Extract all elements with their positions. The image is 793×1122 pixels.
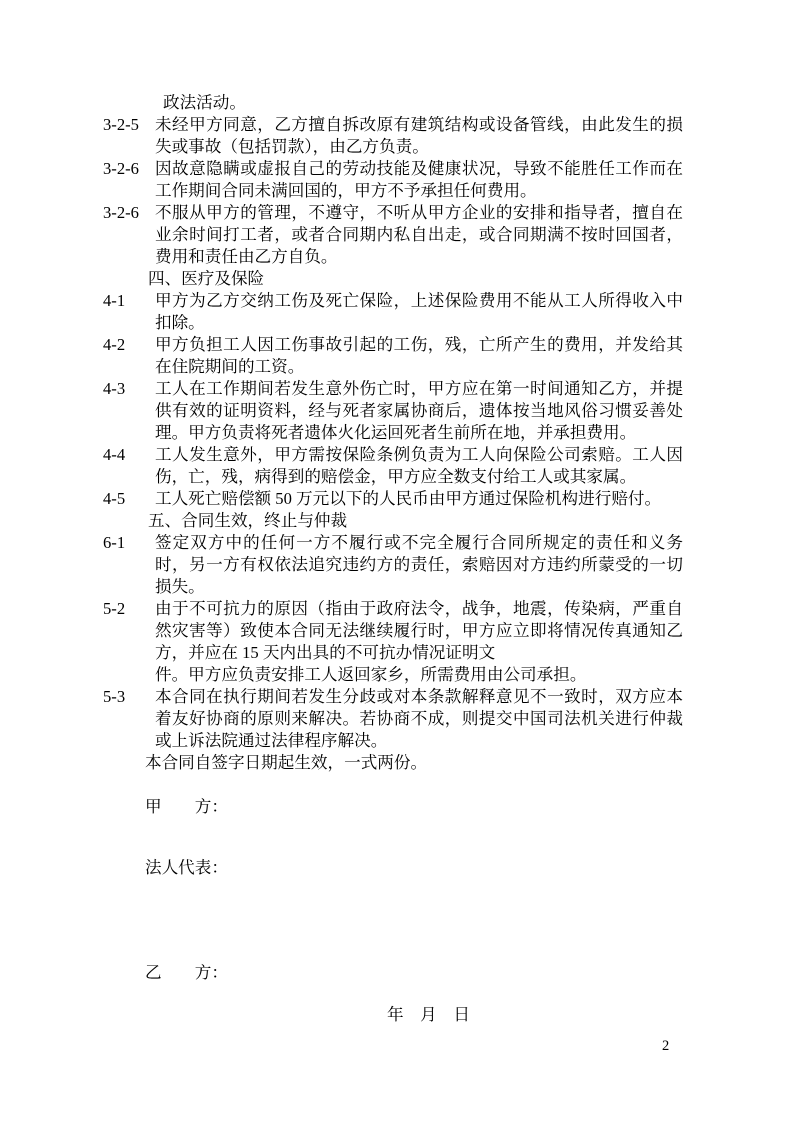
document-body: 政法活动。 3-2-5 未经甲方同意，乙方擅自拆改原有建筑结构或设备管线，由此发…	[103, 92, 683, 1026]
page-number: 2	[662, 1035, 669, 1057]
clause-number: 3-2-5	[103, 114, 155, 136]
signature-legal-rep-label: 法人代表：	[145, 857, 683, 879]
clause-number: 6-1	[103, 532, 155, 554]
signature-party-a-label: 甲 方：	[145, 796, 683, 818]
clause-row: 4-3 工人在工作期间若发生意外伤亡时，甲方应在第一时间通知乙方，并提供有效的证…	[103, 378, 683, 444]
clause-row: 4-5 工人死亡赔偿额 50 万元以下的人民币由甲方通过保险机构进行赔付。	[103, 488, 683, 510]
clause-row: 3-2-6 不服从甲方的管理，不遵守，不听从甲方企业的安排和指导者，擅自在业余时…	[103, 202, 683, 268]
clause-row: 4-2 甲方负担工人因工伤事故引起的工伤，残，亡所产生的费用，并发给其在住院期间…	[103, 334, 683, 378]
signature-date-line: 年 月 日	[387, 1004, 683, 1026]
closing-paragraph: 本合同自签字日期起生效，一式两份。	[145, 752, 683, 774]
clause-row: 5-3 本合同在执行期间若发生分歧或对本条款解释意见不一致时，双方应本着友好协商…	[103, 686, 683, 752]
clause-text: 工人死亡赔偿额 50 万元以下的人民币由甲方通过保险机构进行赔付。	[155, 488, 683, 510]
clause-number: 5-2	[103, 598, 155, 620]
clause-text: 不服从甲方的管理，不遵守，不听从甲方企业的安排和指导者，擅自在业余时间打工者，或…	[155, 202, 683, 268]
clause-row: 4-4 工人发生意外，甲方需按保险条例负责为工人向保险公司索赔。工人因伤，亡，残…	[103, 444, 683, 488]
clause-number: 4-2	[103, 334, 155, 356]
clause-number: 4-3	[103, 378, 155, 400]
clause-number: 3-2-6	[103, 158, 155, 180]
document-page: 政法活动。 3-2-5 未经甲方同意，乙方擅自拆改原有建筑结构或设备管线，由此发…	[0, 0, 793, 1122]
clause-text: 甲方负担工人因工伤事故引起的工伤，残，亡所产生的费用，并发给其在住院期间的工资。	[155, 334, 683, 378]
clause-number: 4-4	[103, 444, 155, 466]
clause-row: 5-2 由于不可抗力的原因（指由于政府法令，战争，地震，传染病，严重自然灾害等）…	[103, 598, 683, 686]
clause-text: 工人发生意外，甲方需按保险条例负责为工人向保险公司索赔。工人因伤，亡，残，病得到…	[155, 444, 683, 488]
clause-number: 5-3	[103, 686, 155, 708]
clause-text: 签定双方中的任何一方不履行或不完全履行合同所规定的责任和义务时，另一方有权依法追…	[155, 532, 683, 598]
signature-party-b-label: 乙 方：	[145, 962, 683, 984]
clause-number: 4-5	[103, 488, 155, 510]
clause-text: 因故意隐瞒或虚报自己的劳动技能及健康状况，导致不能胜任工作而在工作期间合同未满回…	[155, 158, 683, 202]
clause-text: 本合同在执行期间若发生分歧或对本条款解释意见不一致时，双方应本着友好协商的原则来…	[155, 686, 683, 752]
clause-text: 未经甲方同意，乙方擅自拆改原有建筑结构或设备管线，由此发生的损失或事故（包括罚款…	[155, 114, 683, 158]
clause-number: 4-1	[103, 290, 155, 312]
clause-row: 6-1 签定双方中的任何一方不履行或不完全履行合同所规定的责任和义务时，另一方有…	[103, 532, 683, 598]
clause-text: 由于不可抗力的原因（指由于政府法令，战争，地震，传染病，严重自然灾害等）致使本合…	[155, 598, 683, 686]
clause-row: 3-2-6 因故意隐瞒或虚报自己的劳动技能及健康状况，导致不能胜任工作而在工作期…	[103, 158, 683, 202]
clause-text: 工人在工作期间若发生意外伤亡时，甲方应在第一时间通知乙方，并提供有效的证明资料，…	[155, 378, 683, 444]
clause-text: 甲方为乙方交纳工伤及死亡保险，上述保险费用不能从工人所得收入中扣除。	[155, 290, 683, 334]
section-heading-medical-insurance: 四、医疗及保险	[148, 268, 683, 290]
clause-row: 3-2-5 未经甲方同意，乙方擅自拆改原有建筑结构或设备管线，由此发生的损失或事…	[103, 114, 683, 158]
section-heading-validity-arbitration: 五、合同生效，终止与仲裁	[148, 510, 683, 532]
clause-continuation-text: 政法活动。	[163, 92, 683, 114]
clause-number: 3-2-6	[103, 202, 155, 224]
clause-row: 4-1 甲方为乙方交纳工伤及死亡保险，上述保险费用不能从工人所得收入中扣除。	[103, 290, 683, 334]
